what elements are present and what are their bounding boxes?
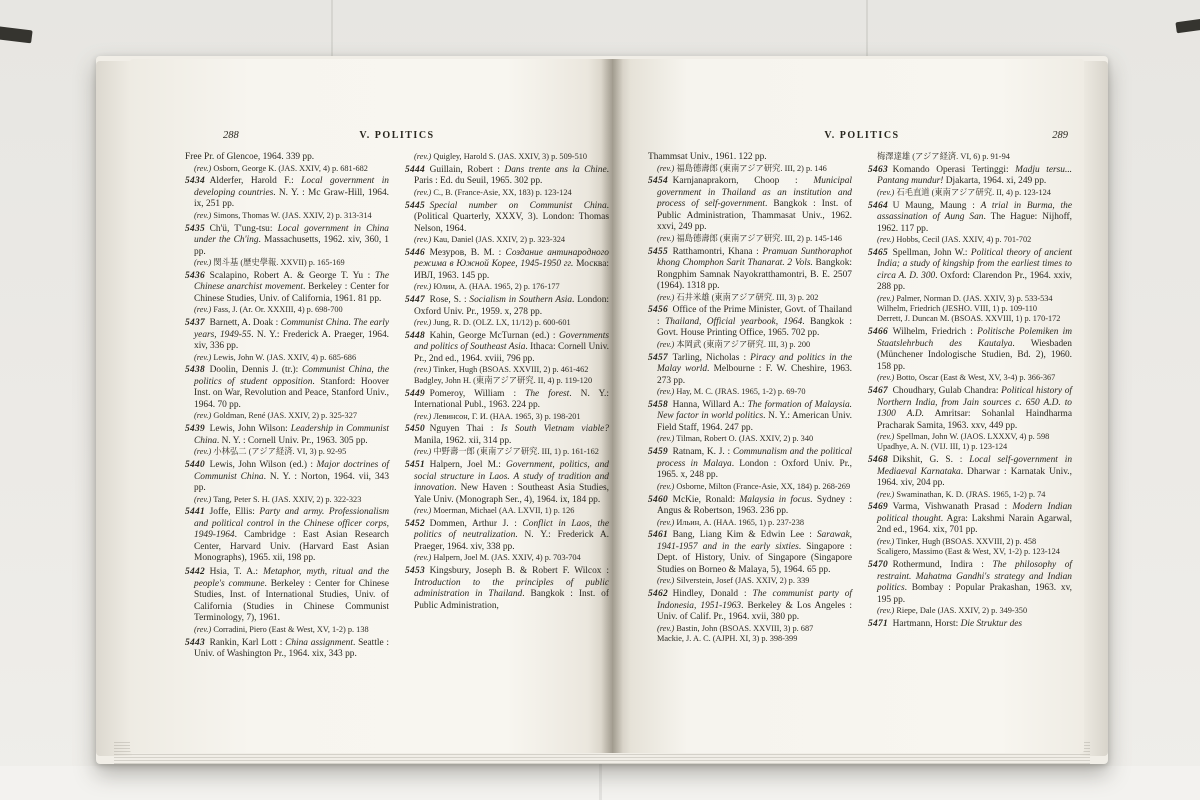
entry-number: 5454 (648, 176, 668, 186)
bib-entry: 5443 Rankin, Karl Lott : China assignmen… (185, 638, 389, 661)
review-line: (rev.) Tang, Peter S. H. (JAS. XXIV, 2) … (185, 495, 389, 505)
review-line: (rev.) 本岡武 (東南アジア研究. III, 3) p. 200 (648, 340, 852, 350)
entry-body: 5456 Office of the Prime Minister, Govt.… (648, 305, 852, 340)
review-line: (rev.) 閔斗基 (歷史學報. XXVII) p. 165-169 (185, 258, 389, 268)
bib-entry: 5441 Joffe, Ellis: Party and army. Profe… (185, 507, 389, 565)
left-page-columns: Free Pr. of Glencoe, 1964. 339 pp.(rev.)… (185, 152, 609, 663)
entry-body: 5438 Doolin, Dennis J. (tr.): Communist … (185, 365, 389, 411)
entry-number: 5450 (405, 424, 425, 434)
entry-body: 5444 Guillain, Robert : Dans trente ans … (405, 165, 609, 188)
review-line: (rev.) Tinker, Hugh (BSOAS. XXVIII, 2) p… (405, 365, 609, 375)
review-line: (rev.) Silverstein, Josef (JAS. XXIV, 2)… (648, 576, 852, 586)
review-line: (rev.) Osborne, Milton (France-Asie, XX,… (648, 482, 852, 492)
bib-entry: 5445 Special number on Communist China. … (405, 201, 609, 246)
review-line: (rev.) Юлин, А. (НАА. 1965, 2) p. 176-17… (405, 282, 609, 292)
running-header: V. POLITICS (648, 130, 1076, 141)
review-line: Scaligero, Massimo (East & West, XV, 1-2… (868, 547, 1072, 557)
page-number: 289 (1052, 130, 1068, 141)
entry-number: 5455 (648, 247, 668, 257)
bib-entry: 5470 Rothermund, Indira : The philosophy… (868, 560, 1072, 616)
bib-entry: Free Pr. of Glencoe, 1964. 339 pp.(rev.)… (185, 152, 389, 174)
entry-body: 5453 Kingsbury, Joseph B. & Robert F. Wi… (405, 566, 609, 612)
bib-entry: 5455 Ratthamontri, Khana : Pramuan Sunth… (648, 247, 852, 303)
page-edges-right (1080, 61, 1108, 756)
entry-body: Thammsat Univ., 1961. 122 pp. (648, 152, 852, 164)
right-page-columns: Thammsat Univ., 1961. 122 pp.(rev.) 福島德壽… (648, 152, 1076, 647)
review-line: (rev.) Simons, Thomas W. (JAS. XXIV, 2) … (185, 211, 389, 221)
entry-body: 5465 Spellman, John W.: Political theory… (868, 248, 1072, 294)
bib-entry: 5462 Hindley, Donald : The communist par… (648, 589, 852, 644)
entry-body: 5439 Lewis, John Wilson: Leadership in C… (185, 424, 389, 447)
entry-number: 5441 (185, 507, 205, 517)
review-line: (rev.) Corradini, Piero (East & West, XV… (185, 625, 389, 635)
bib-entry: 5460 McKie, Ronald: Malaysia in focus. S… (648, 495, 852, 528)
background-seam-bottom (599, 762, 602, 800)
bib-entry: 5449 Pomeroy, William : The forest. N. Y… (405, 389, 609, 422)
review-line: (rev.) Hobbs, Cecil (JAS. XXIV, 4) p. 70… (868, 235, 1072, 245)
bib-entry: 5466 Wilhelm, Friedrich : Politische Pol… (868, 327, 1072, 383)
entry-body: 5447 Rose, S. : Socialism in Southern As… (405, 295, 609, 318)
review-line: Derrett, J. Duncan M. (BSOAS. XXVIII, 1)… (868, 314, 1072, 324)
bib-entry: 5440 Lewis, John Wilson (ed.) : Major do… (185, 460, 389, 505)
entry-body: 5466 Wilhelm, Friedrich : Politische Pol… (868, 327, 1072, 373)
entry-body: 5435 Ch'ü, T'ung-tsu: Local government i… (185, 224, 389, 259)
entry-body: 5454 Karnjanaprakorn, Choop : Municipal … (648, 176, 852, 234)
bib-entry: 梅澤達雄 (アジア経済. VI, 6) p. 91-94 (868, 152, 1072, 162)
entry-body: 5434 Alderfer, Harold F.: Local governme… (185, 176, 389, 211)
bib-entry: 5452 Dommen, Arthur J. : Conflict in Lao… (405, 519, 609, 564)
bib-entry: 5464 U Maung, Maung : A trial in Burma, … (868, 201, 1072, 246)
bib-entry: 5438 Doolin, Dennis J. (tr.): Communist … (185, 365, 389, 421)
review-line: (rev.) Bastin, John (BSOAS. XXVIII, 3) p… (648, 624, 852, 634)
review-line: (rev.) 福島德壽郎 (東南アジア研究. III, 2) p. 146 (648, 164, 852, 174)
entry-body: 5446 Мезуров, В. М. : Создание антинарод… (405, 248, 609, 283)
entry-number: 5437 (185, 318, 205, 328)
bib-entry: 5468 Dikshit, G. S. : Local self-governm… (868, 455, 1072, 500)
entry-number: 5457 (648, 353, 668, 363)
entry-number: 5460 (648, 495, 668, 505)
page-edges-left (96, 61, 132, 756)
entry-body: 5470 Rothermund, Indira : The philosophy… (868, 560, 1072, 606)
bib-entry: 5451 Halpern, Joel M.: Government, polit… (405, 460, 609, 516)
bib-entry: 5465 Spellman, John W.: Political theory… (868, 248, 1072, 325)
bib-entry: 5461 Bang, Liang Kim & Edwin Lee : Saraw… (648, 530, 852, 586)
review-line: (rev.) Riepe, Dale (JAS. XXIV, 2) p. 349… (868, 606, 1072, 616)
entry-body: 5460 McKie, Ronald: Malaysia in focus. S… (648, 495, 852, 518)
entry-number: 5435 (185, 224, 205, 234)
right-page-content: V. POLITICS 289 Thammsat Univ., 1961. 12… (648, 130, 1076, 647)
entry-body: 5463 Komando Operasi Tertinggi: Madju te… (868, 165, 1072, 188)
review-line: (rev.) 石毛直道 (東南アジア研究. II, 4) p. 123-124 (868, 188, 1072, 198)
review-line: 梅澤達雄 (アジア経済. VI, 6) p. 91-94 (868, 152, 1072, 162)
review-line: (rev.) Левинсон, Г. И. (НАА. 1965, 3) p.… (405, 412, 609, 422)
review-line: (rev.) 福島德壽郎 (東南アジア研究. III, 2) p. 145-14… (648, 234, 852, 244)
entry-number: 5438 (185, 365, 205, 375)
bib-entry: 5444 Guillain, Robert : Dans trente ans … (405, 165, 609, 198)
entry-number: 5469 (868, 502, 888, 512)
bib-entry: 5442 Hsia, T. A.: Metaphor, myth, ritual… (185, 567, 389, 635)
bib-entry: (rev.) Quigley, Harold S. (JAS. XXIV, 3)… (405, 152, 609, 162)
entry-number: 5439 (185, 424, 205, 434)
running-header: V. POLITICS (185, 130, 609, 141)
bib-entry: 5457 Tarling, Nicholas : Piracy and poli… (648, 353, 852, 398)
review-line: (rev.) Osborn, George K. (JAS. XXIV, 4) … (185, 164, 389, 174)
bib-entry: 5437 Barnett, A. Doak : Communist China.… (185, 318, 389, 363)
review-line: (rev.) Spellman, John W. (JAOS. LXXXV, 4… (868, 432, 1072, 442)
entry-number: 5462 (648, 589, 668, 599)
entry-body: 5467 Choudhary, Gulab Chandra: Political… (868, 386, 1072, 432)
column: (rev.) Quigley, Harold S. (JAS. XXIV, 3)… (405, 152, 609, 663)
column: Thammsat Univ., 1961. 122 pp.(rev.) 福島德壽… (648, 152, 852, 647)
bib-entry: 5434 Alderfer, Harold F.: Local governme… (185, 176, 389, 221)
entry-number: 5456 (648, 305, 668, 315)
entry-number: 5452 (405, 519, 425, 529)
review-line: (rev.) 中野壽一郎 (東南アジア研究. III, 1) p. 161-16… (405, 447, 609, 457)
entry-number: 5461 (648, 530, 668, 540)
bib-entry: 5453 Kingsbury, Joseph B. & Robert F. Wi… (405, 566, 609, 612)
entry-number: 5468 (868, 455, 888, 465)
corner-mark-left (0, 26, 33, 44)
left-page-header: 288 V. POLITICS (185, 130, 609, 152)
review-line: (rev.) 小林弘二 (アジア経済. VI, 3) p. 92-95 (185, 447, 389, 457)
bib-entry: 5463 Komando Operasi Tertinggi: Madju te… (868, 165, 1072, 198)
review-line: (rev.) Kau, Daniel (JAS. XXIV, 2) p. 323… (405, 235, 609, 245)
entry-number: 5464 (868, 201, 888, 211)
entry-number: 5465 (868, 248, 888, 258)
right-page-header: V. POLITICS 289 (648, 130, 1076, 152)
entry-body: 5462 Hindley, Donald : The communist par… (648, 589, 852, 624)
entry-body: 5440 Lewis, John Wilson (ed.) : Major do… (185, 460, 389, 495)
review-line: Wilhelm, Friedrich (JESHO. VIII, 1) p. 1… (868, 304, 1072, 314)
review-line: Mackie, J. A. C. (AJPH. XI, 3) p. 398-39… (648, 634, 852, 644)
bib-entry: Thammsat Univ., 1961. 122 pp.(rev.) 福島德壽… (648, 152, 852, 174)
entry-number: 5449 (405, 389, 425, 399)
review-line: (rev.) Lewis, John W. (JAS. XXIV, 4) p. … (185, 353, 389, 363)
entry-body: 5448 Kahin, George McTurnan (ed.) : Gove… (405, 331, 609, 366)
review-line: (rev.) Botto, Oscar (East & West, XV, 3-… (868, 373, 1072, 383)
entry-number: 5445 (405, 201, 425, 211)
entry-number: 5443 (185, 638, 205, 648)
entry-body: 5468 Dikshit, G. S. : Local self-governm… (868, 455, 1072, 490)
review-line: (rev.) Swaminathan, K. D. (JRAS. 1965, 1… (868, 490, 1072, 500)
entry-number: 5444 (405, 165, 425, 175)
bib-entry: 5467 Choudhary, Gulab Chandra: Political… (868, 386, 1072, 453)
bib-entry: 5458 Hanna, Willard A.: The formation of… (648, 400, 852, 445)
left-page-content: 288 V. POLITICS Free Pr. of Glencoe, 196… (185, 130, 609, 663)
review-line: (rev.) Halpern, Joel M. (JAS. XXIV, 4) p… (405, 553, 609, 563)
entry-number: 5467 (868, 386, 888, 396)
bib-entry: 5450 Nguyen Thai : Is South Vietnam viab… (405, 424, 609, 457)
background-seam-right (866, 0, 868, 58)
entry-body: 5455 Ratthamontri, Khana : Pramuan Sunth… (648, 247, 852, 293)
bib-entry: 5446 Мезуров, В. М. : Создание антинарод… (405, 248, 609, 293)
entry-body: 5459 Ratnam, K. J. : Communalism and the… (648, 447, 852, 482)
bib-entry: 5454 Karnjanaprakorn, Choop : Municipal … (648, 176, 852, 244)
entry-body: 5464 U Maung, Maung : A trial in Burma, … (868, 201, 1072, 236)
entry-number: 5458 (648, 400, 668, 410)
entry-number: 5463 (868, 165, 888, 175)
review-line: (rev.) Tilman, Robert O. (JAS. XXIV, 2) … (648, 434, 852, 444)
entry-number: 5446 (405, 248, 425, 258)
entry-body: 5471 Hartmann, Horst: Die Struktur des (868, 619, 1072, 631)
bib-entry: 5459 Ratnam, K. J. : Communalism and the… (648, 447, 852, 492)
entry-body: 5452 Dommen, Arthur J. : Conflict in Lao… (405, 519, 609, 554)
review-line: (rev.) Fass, J. (Ar. Or. XXXIII, 4) p. 6… (185, 305, 389, 315)
entry-body: Free Pr. of Glencoe, 1964. 339 pp. (185, 152, 389, 164)
entry-number: 5466 (868, 327, 888, 337)
background-seam-left (331, 0, 333, 60)
entry-body: 5449 Pomeroy, William : The forest. N. Y… (405, 389, 609, 412)
entry-number: 5459 (648, 447, 668, 457)
review-line: (rev.) Ильин, А. (НАА. 1965, 1) p. 237-2… (648, 518, 852, 528)
bib-entry: 5456 Office of the Prime Minister, Govt.… (648, 305, 852, 350)
entry-number: 5442 (185, 567, 205, 577)
column: Free Pr. of Glencoe, 1964. 339 pp.(rev.)… (185, 152, 389, 663)
entry-body: 5442 Hsia, T. A.: Metaphor, myth, ritual… (185, 567, 389, 625)
review-line: Badgley, John H. (東南アジア研究. II, 4) p. 119… (405, 376, 609, 386)
review-line: (rev.) Tinker, Hugh (BSOAS. XXVIII, 2) p… (868, 537, 1072, 547)
bib-entry: 5439 Lewis, John Wilson: Leadership in C… (185, 424, 389, 457)
review-line: (rev.) C., B. (France-Asie, XX, 183) p. … (405, 188, 609, 198)
entry-body: 5437 Barnett, A. Doak : Communist China.… (185, 318, 389, 353)
entry-number: 5448 (405, 331, 425, 341)
entry-number: 5471 (868, 619, 888, 629)
entry-number: 5447 (405, 295, 425, 305)
entry-number: 5436 (185, 271, 205, 281)
review-line: (rev.) Moerman, Michael (AA. LXVII, 1) p… (405, 506, 609, 516)
column: 梅澤達雄 (アジア経済. VI, 6) p. 91-945463 Komando… (868, 152, 1072, 647)
entry-body: 5441 Joffe, Ellis: Party and army. Profe… (185, 507, 389, 565)
review-line: (rev.) 石井米雄 (東南アジア研究. III, 3) p. 202 (648, 293, 852, 303)
entry-body: 5450 Nguyen Thai : Is South Vietnam viab… (405, 424, 609, 447)
review-line: (rev.) Goldman, René (JAS. XXIV, 2) p. 3… (185, 411, 389, 421)
photo-of-open-book: 288 V. POLITICS Free Pr. of Glencoe, 196… (0, 0, 1200, 800)
entry-number: 5470 (868, 560, 888, 570)
entry-body: 5461 Bang, Liang Kim & Edwin Lee : Saraw… (648, 530, 852, 576)
review-line: (rev.) Hay, M. C. (JRAS. 1965, 1-2) p. 6… (648, 387, 852, 397)
entry-body: 5451 Halpern, Joel M.: Government, polit… (405, 460, 609, 506)
bib-entry: 5469 Varma, Vishwanath Prasad : Modern I… (868, 502, 1072, 557)
bib-entry: 5471 Hartmann, Horst: Die Struktur des (868, 619, 1072, 631)
review-line: (rev.) Palmer, Norman D. (JAS. XXIV, 3) … (868, 294, 1072, 304)
review-line: (rev.) Quigley, Harold S. (JAS. XXIV, 3)… (405, 152, 609, 162)
entry-body: 5436 Scalapino, Robert A. & George T. Yu… (185, 271, 389, 306)
entry-body: 5469 Varma, Vishwanath Prasad : Modern I… (868, 502, 1072, 537)
review-line: Upadhye, A. N. (VIJ. III, 1) p. 123-124 (868, 442, 1072, 452)
entry-number: 5440 (185, 460, 205, 470)
entry-number: 5451 (405, 460, 425, 470)
entry-body: 5445 Special number on Communist China. … (405, 201, 609, 236)
entry-number: 5453 (405, 566, 425, 576)
entry-body: 5458 Hanna, Willard A.: The formation of… (648, 400, 852, 435)
bib-entry: 5447 Rose, S. : Socialism in Southern As… (405, 295, 609, 328)
bib-entry: 5448 Kahin, George McTurnan (ed.) : Gove… (405, 331, 609, 386)
entry-body: 5457 Tarling, Nicholas : Piracy and poli… (648, 353, 852, 388)
corner-mark-right (1175, 18, 1200, 34)
bib-entry: 5436 Scalapino, Robert A. & George T. Yu… (185, 271, 389, 316)
review-line: (rev.) Jung, R. D. (OLZ. LX, 11/12) p. 6… (405, 318, 609, 328)
bib-entry: 5435 Ch'ü, T'ung-tsu: Local government i… (185, 224, 389, 269)
entry-number: 5434 (185, 176, 205, 186)
entry-body: 5443 Rankin, Karl Lott : China assignmen… (185, 638, 389, 661)
